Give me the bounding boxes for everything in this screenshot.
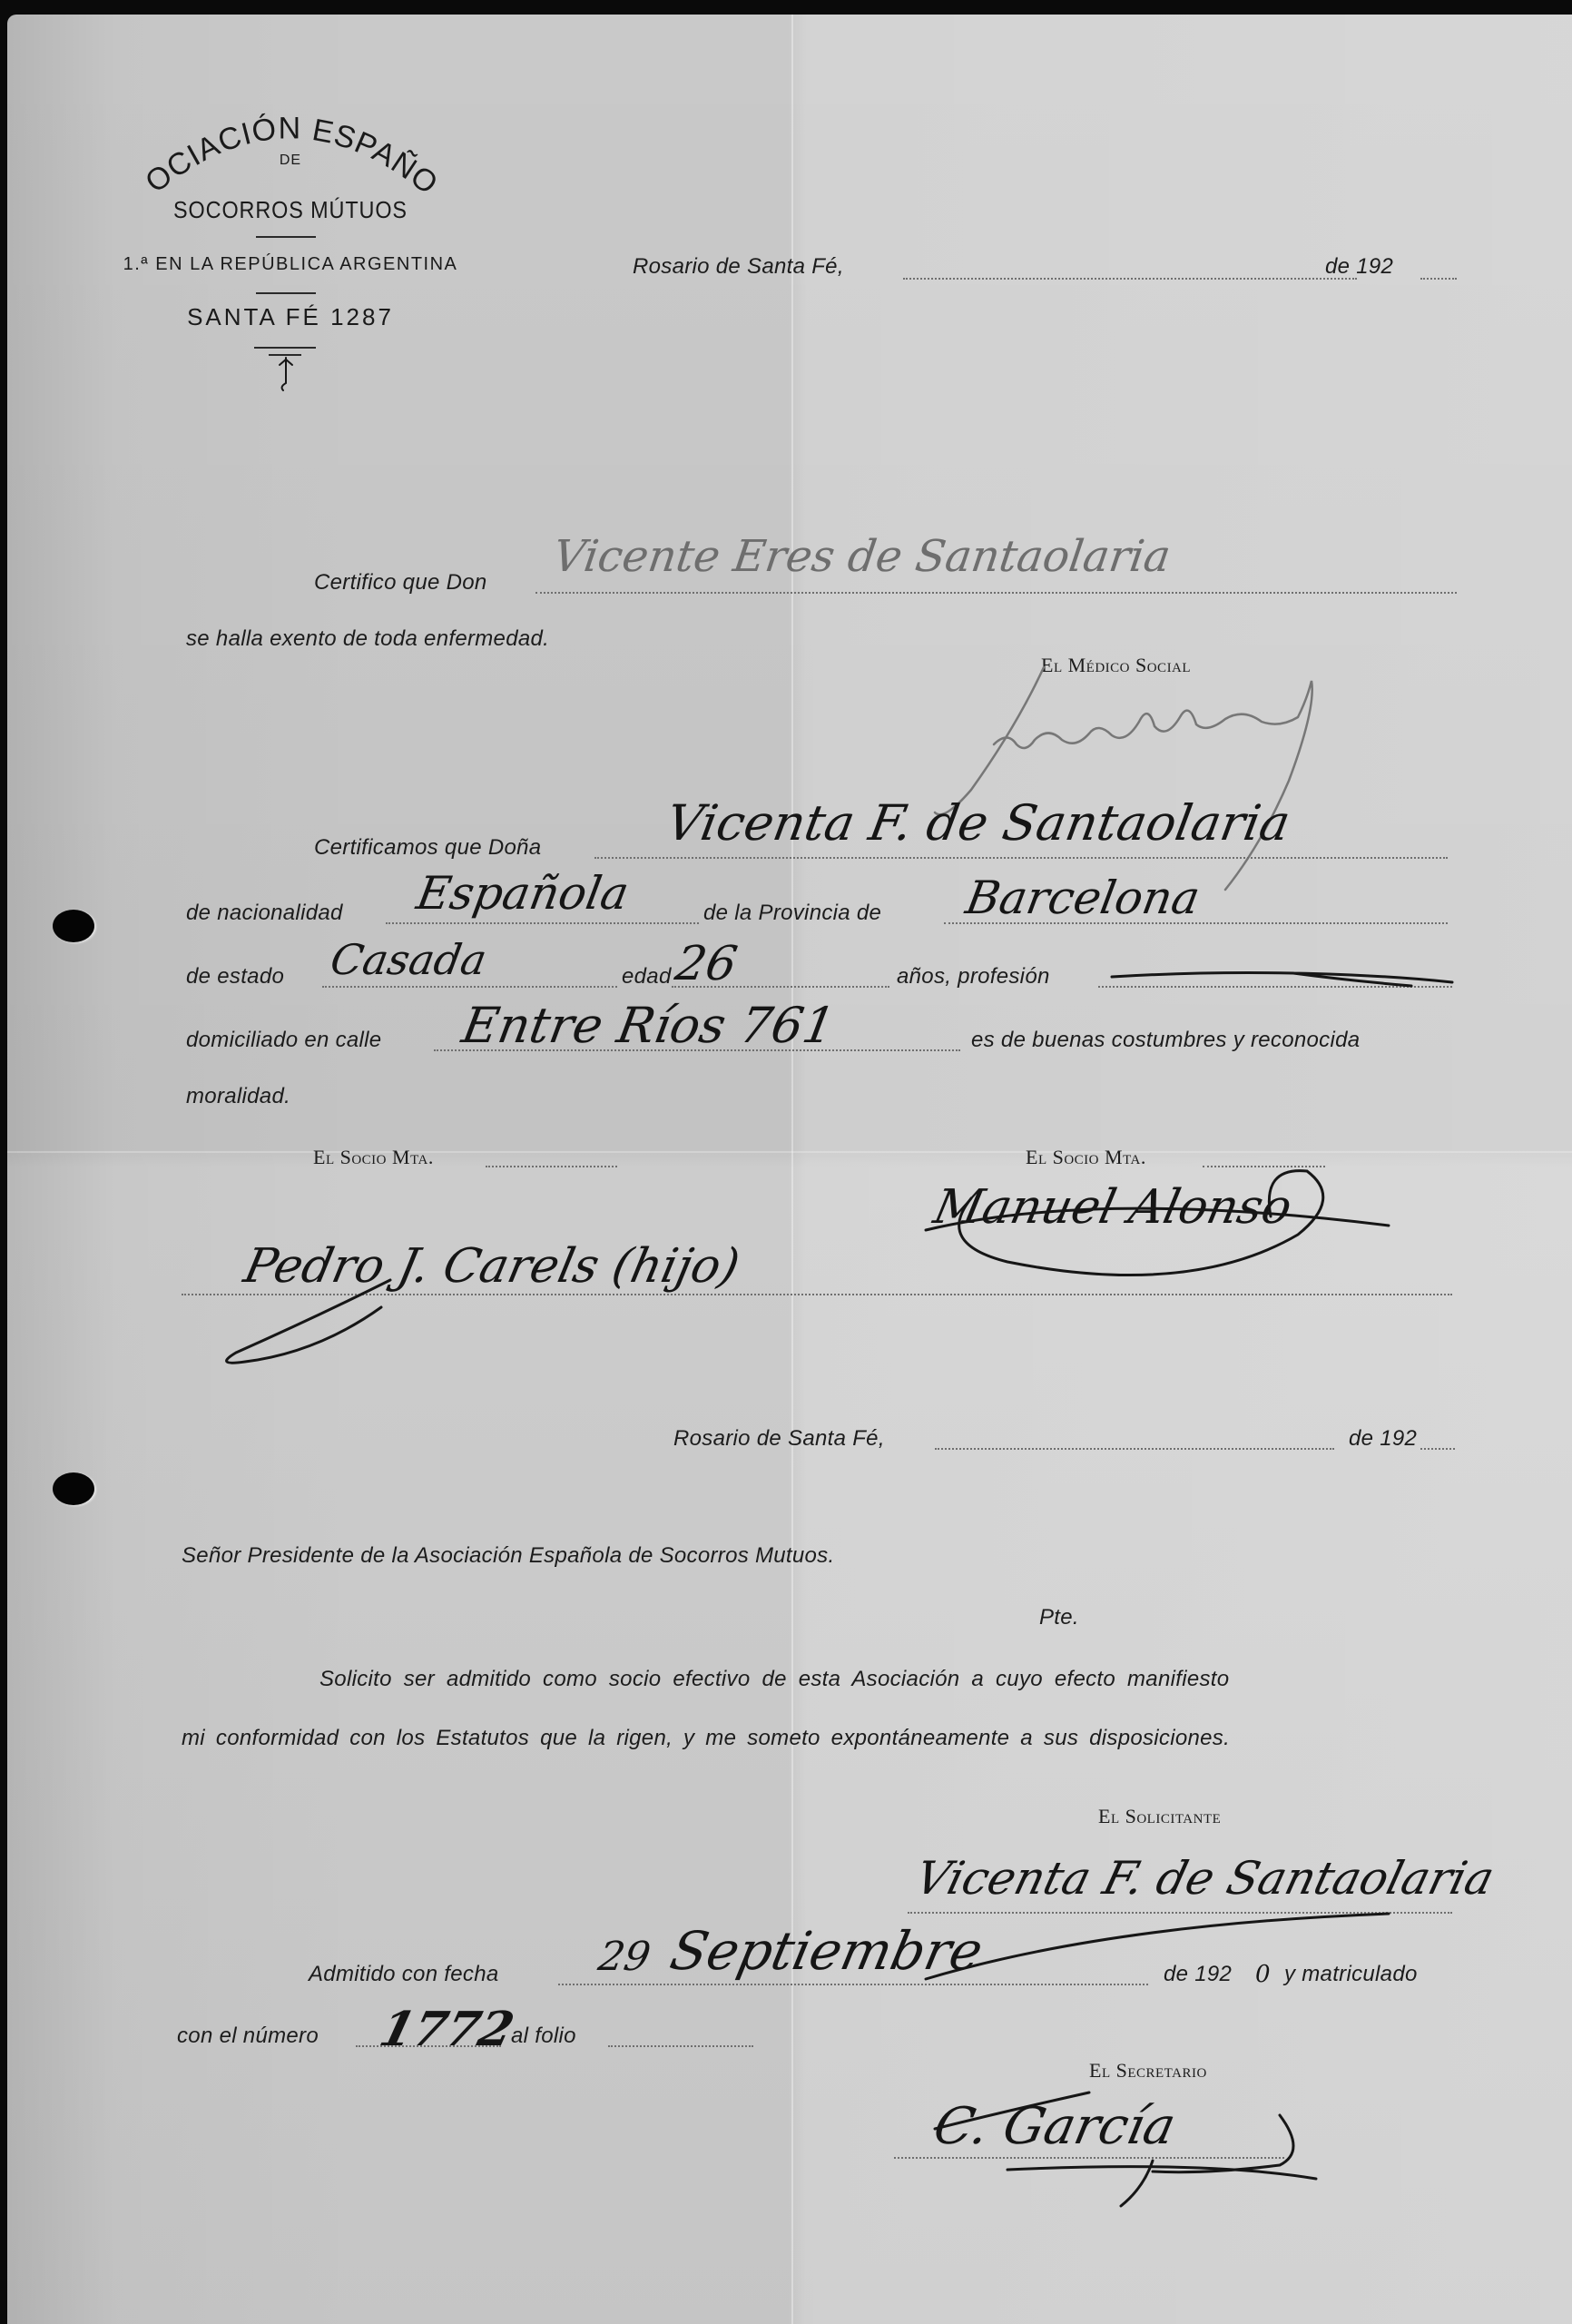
sponsor-left-title: El Socio Mta. xyxy=(313,1146,434,1169)
paper-fold-horizontal xyxy=(7,1151,1572,1153)
admitted-day: 29 xyxy=(595,1934,654,1980)
health-statement: se halla exento de toda enfermedad. xyxy=(186,626,549,652)
nationality-field[interactable] xyxy=(386,922,699,924)
folio-label: al folio xyxy=(511,2024,576,2049)
civil-status-field[interactable] xyxy=(322,986,617,988)
years-profession-label: años, profesión xyxy=(897,964,1050,990)
province-label: de la Provincia de xyxy=(703,901,881,926)
president-abbrev: Pte. xyxy=(1039,1605,1079,1630)
age-label: edad xyxy=(622,964,672,990)
application-year-field[interactable] xyxy=(1420,1448,1455,1450)
applicant-signature: Vicenta F. de Santaolaria xyxy=(910,1852,1499,1905)
date-day-month-field[interactable] xyxy=(903,278,1357,280)
number-value: 1772 xyxy=(374,2002,519,2057)
province-value: Barcelona xyxy=(962,871,1204,924)
anchor-emblem-icon xyxy=(272,356,300,392)
nationality-label: de nacionalidad xyxy=(186,901,343,926)
addressee: Señor Presidente de la Asociación Españo… xyxy=(182,1543,834,1569)
certify-name-field[interactable] xyxy=(535,592,1457,594)
address-value: Entre Ríos 761 xyxy=(457,997,839,1054)
certify-label: Certifico que Don xyxy=(314,570,487,596)
applicant-title: El Solicitante xyxy=(1098,1805,1221,1828)
member-name-field[interactable] xyxy=(594,857,1448,859)
certify-name-handwritten: Vicente Eres de Santaolaria xyxy=(550,531,1174,582)
letterhead-de: DE xyxy=(263,153,318,169)
member-certify-label: Certificamos que Doña xyxy=(314,835,541,861)
nationality-value: Española xyxy=(413,867,633,920)
date-city: Rosario de Santa Fé, xyxy=(633,254,844,280)
sponsor-left-flourish xyxy=(209,1271,436,1371)
medical-officer-signature xyxy=(917,654,1498,890)
divider xyxy=(256,236,316,238)
date-year-field[interactable] xyxy=(1420,278,1457,280)
number-label: con el número xyxy=(177,2024,319,2049)
application-year-prefix: de 192 xyxy=(1349,1426,1417,1452)
conduct-text: es de buenas costumbres y reconocida xyxy=(971,1028,1360,1053)
punch-hole-icon xyxy=(53,1472,94,1505)
letterhead-tagline: 1.ª EN LA REPÚBLICA ARGENTINA xyxy=(86,254,495,275)
application-body-line-2: mi conformidad con los Estatutos que la … xyxy=(182,1726,1230,1751)
age-value: 26 xyxy=(672,937,742,991)
divider xyxy=(256,292,316,294)
civil-status-label: de estado xyxy=(186,964,284,990)
civil-status-value: Casada xyxy=(327,935,490,984)
sponsor-left-title-field xyxy=(486,1166,617,1167)
letterhead-org-name: SOCORROS MÚTUOS xyxy=(168,196,413,224)
registered-label: y matriculado xyxy=(1284,1962,1418,1987)
folio-field[interactable] xyxy=(608,2045,753,2047)
admitted-year-digit: 0 xyxy=(1255,1961,1271,1988)
admitted-year-label: de 192 xyxy=(1164,1962,1232,1987)
sponsor-right-flourish xyxy=(917,1162,1398,1307)
member-name-handwritten: Vicenta F. de Santaolaria xyxy=(662,794,1294,852)
application-date-city: Rosario de Santa Fé, xyxy=(673,1426,885,1452)
address-label: domiciliado en calle xyxy=(186,1028,381,1053)
application-date-field[interactable] xyxy=(935,1448,1334,1450)
punch-hole-icon xyxy=(53,910,94,942)
secretary-title: El Secretario xyxy=(1089,2059,1207,2083)
svg-text:ASOCIACIÓN ESPAÑOLA: ASOCIACIÓN ESPAÑOLA xyxy=(127,91,445,202)
application-body-line-1: Solicito ser admitido como socio efectiv… xyxy=(319,1667,1229,1692)
admitted-label: Admitido con fecha xyxy=(309,1962,499,1987)
letterhead-address: SANTA FÉ 1287 xyxy=(145,303,436,331)
divider xyxy=(254,347,316,349)
profession-dash-stroke xyxy=(1112,962,1457,990)
date-year-prefix: de 192 xyxy=(1325,254,1393,280)
secretary-flourish xyxy=(935,2088,1343,2224)
conduct-text-continued: moralidad. xyxy=(186,1084,290,1109)
